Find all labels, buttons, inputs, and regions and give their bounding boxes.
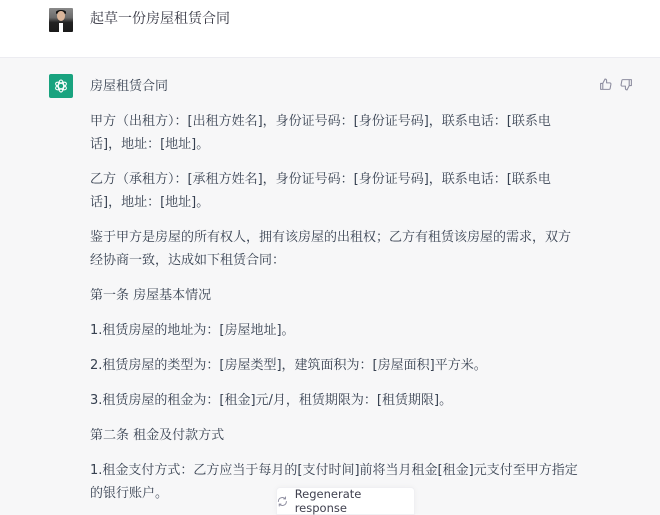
assistant-message-row: 房屋租赁合同 甲方（出租方）：[出租方姓名]，身份证号码：[身份证号码]，联系电…: [0, 58, 660, 515]
article-2-heading: 第二条 租金及付款方式: [90, 424, 580, 447]
contract-title: 房屋租赁合同: [90, 75, 580, 98]
assistant-message-content: 房屋租赁合同 甲方（出租方）：[出租方姓名]，身份证号码：[身份证号码]，联系电…: [90, 75, 580, 515]
party-a-paragraph: 甲方（出租方）：[出租方姓名]，身份证号码：[身份证号码]，联系电话：[联系电话…: [90, 110, 580, 156]
avatar-shirt: [59, 23, 63, 32]
regenerate-response-button[interactable]: Regenerate response: [276, 487, 415, 515]
article-1-item-2: 2.租赁房屋的类型为：[房屋类型]，建筑面积为：[房屋面积]平方米。: [90, 354, 580, 377]
party-b-paragraph: 乙方（承租方）：[承租方姓名]，身份证号码：[身份证号码]，联系电话：[联系电话…: [90, 168, 580, 214]
avatar-face: [57, 11, 65, 21]
thumbs-down-icon[interactable]: [618, 76, 634, 92]
preamble-paragraph: 鉴于甲方是房屋的所有权人，拥有该房屋的出租权；乙方有租赁该房屋的需求，双方经协商…: [90, 226, 580, 272]
user-message-row: 起草一份房屋租赁合同: [0, 0, 660, 58]
article-1-item-3: 3.租赁房屋的租金为：[租金]元/月，租赁期限为：[租赁期限]。: [90, 389, 580, 412]
user-message-text: 起草一份房屋租赁合同: [90, 9, 230, 29]
article-1-item-1: 1.租赁房屋的地址为：[房屋地址]。: [90, 319, 580, 342]
user-avatar: [49, 8, 73, 32]
regenerate-label: Regenerate response: [295, 487, 414, 515]
article-1-heading: 第一条 房屋基本情况: [90, 284, 580, 307]
thumbs-up-icon[interactable]: [597, 76, 613, 92]
chatgpt-logo-icon: [49, 74, 73, 98]
refresh-icon: [277, 496, 288, 507]
